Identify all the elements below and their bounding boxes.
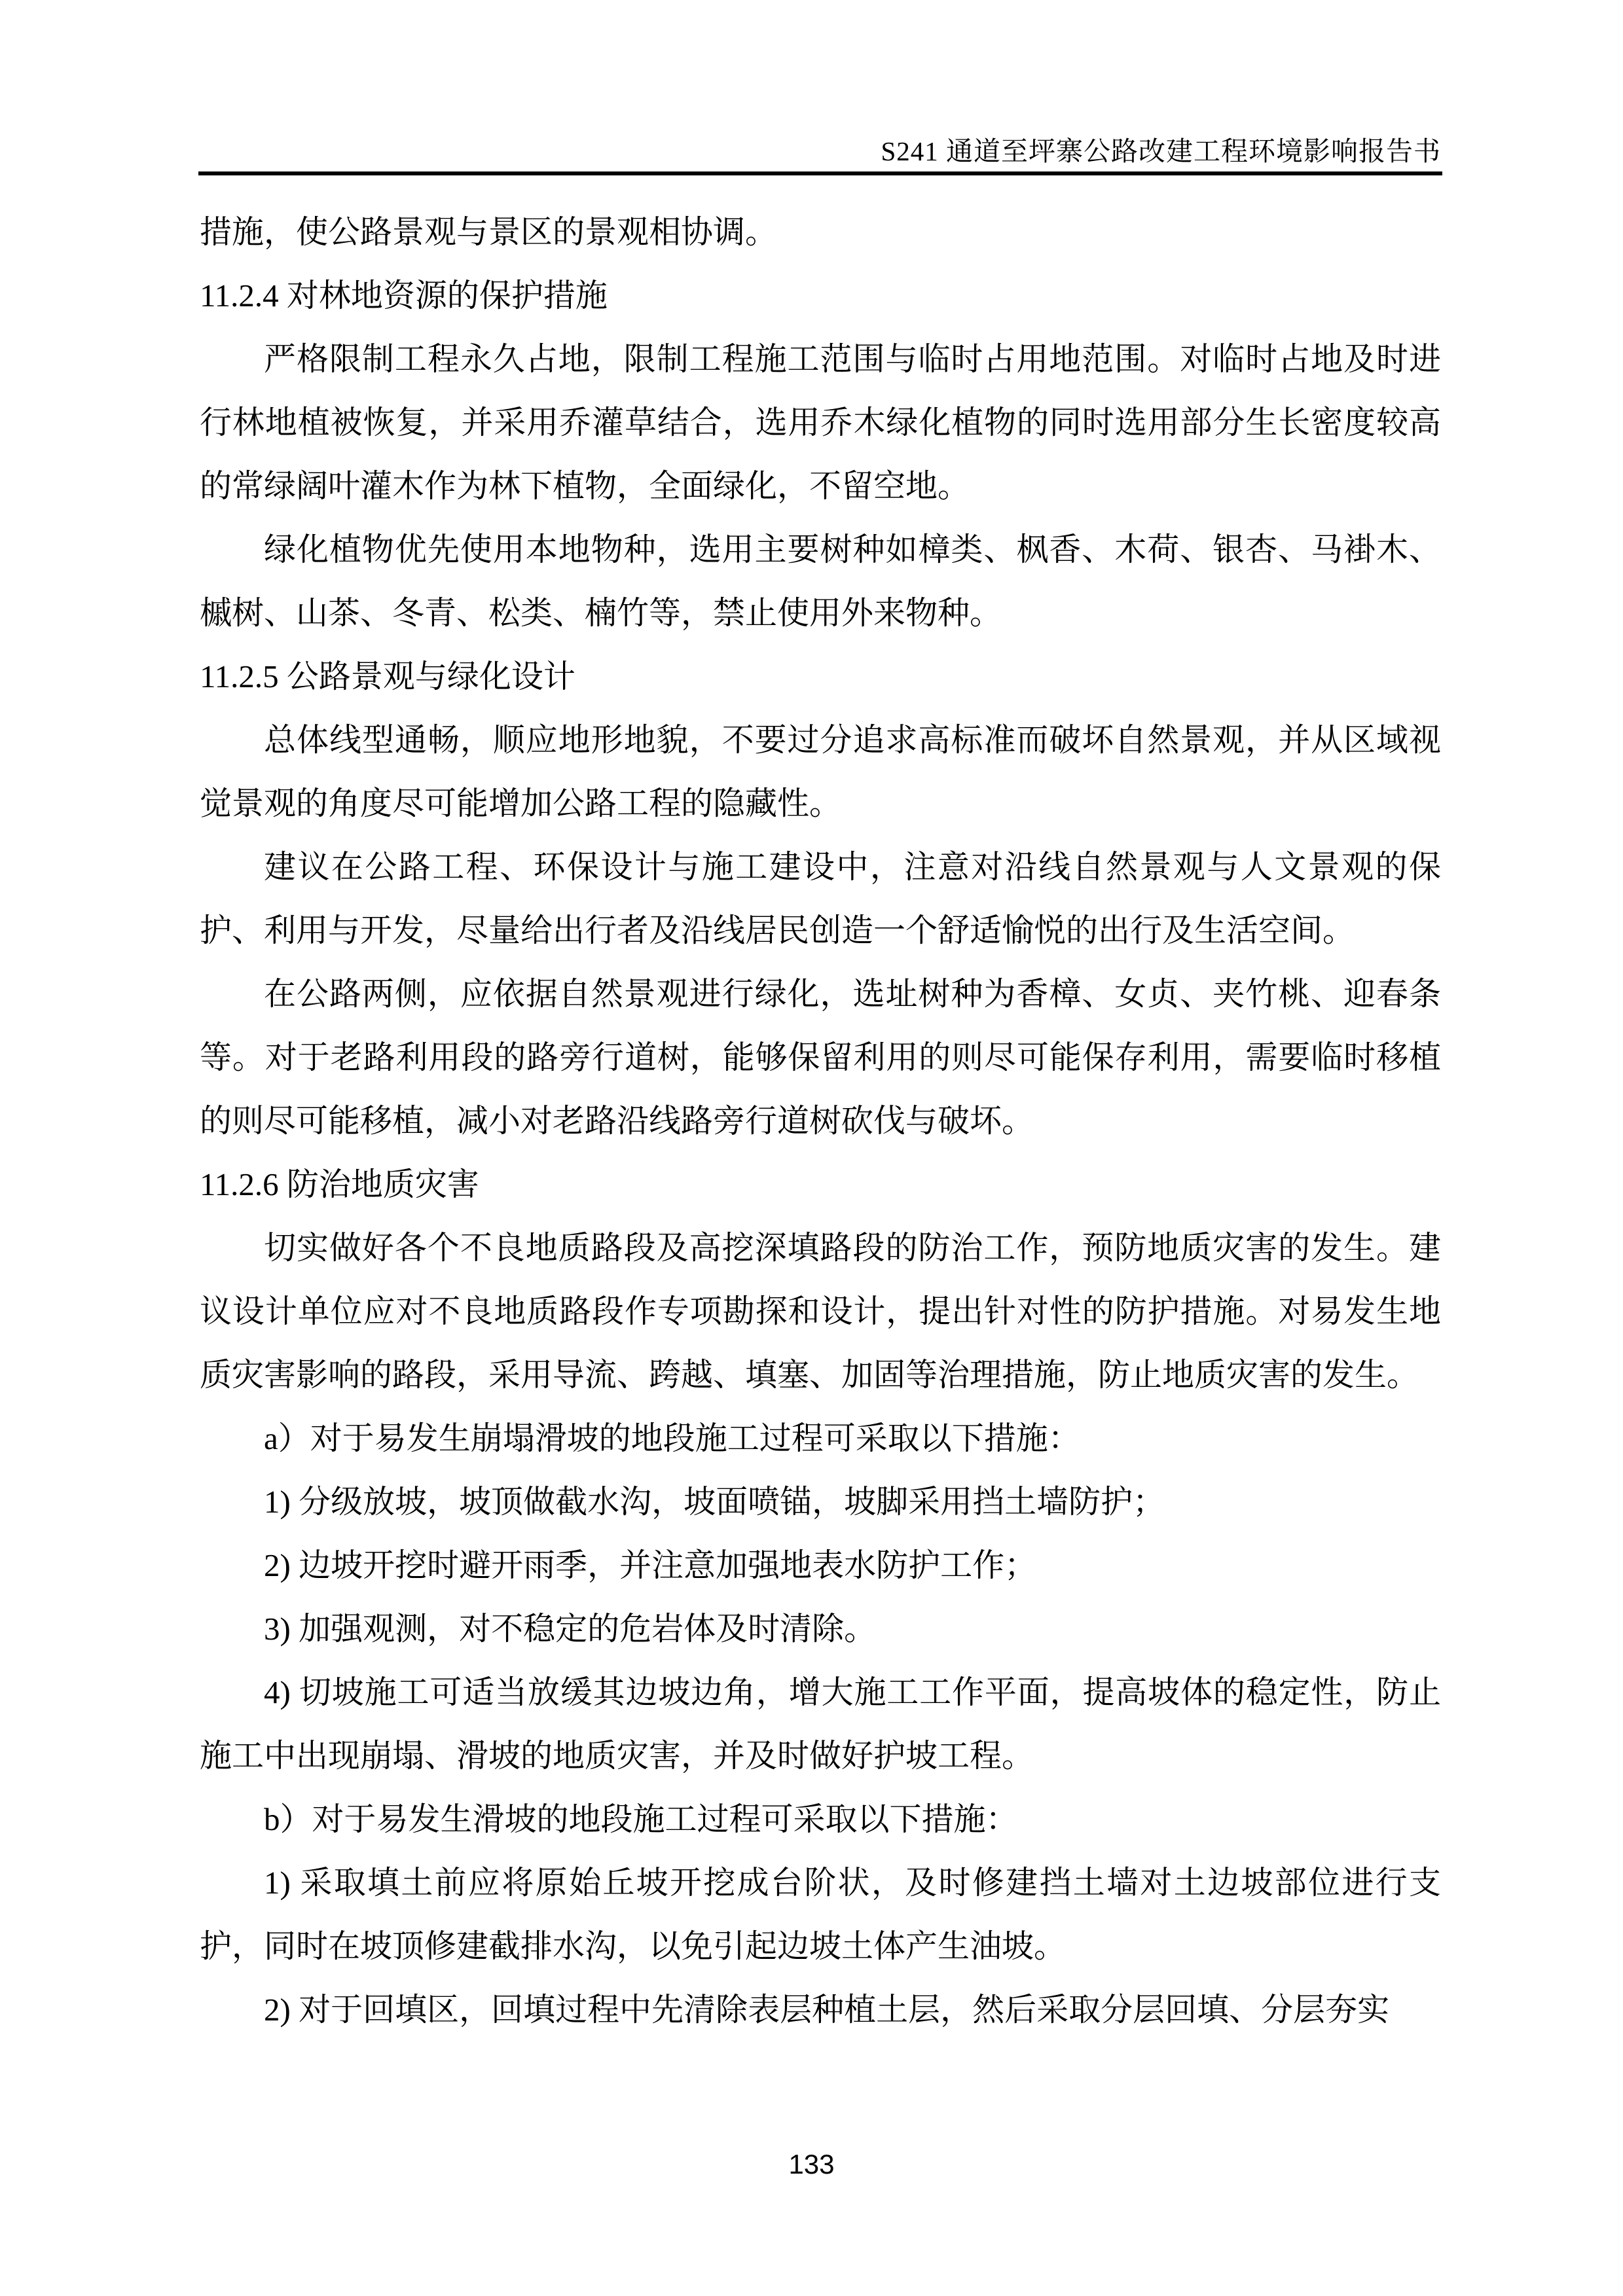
paragraph: 措施，使公路景观与景区的景观相协调。 <box>200 200 1441 264</box>
paragraph: 2) 对于回填区，回填过程中先清除表层种植土层，然后采取分层回填、分层夯实 <box>200 1978 1441 2041</box>
paragraph: 在公路两侧，应依据自然景观进行绿化，选址树种为香樟、女贞、夹竹桃、迎春条等。对于… <box>200 962 1441 1153</box>
header-rule <box>198 171 1442 175</box>
page-footer: 133 <box>0 2149 1623 2180</box>
document-page: S241 通道至坪寨公路改建工程环境影响报告书 措施，使公路景观与景区的景观相协… <box>0 0 1623 2296</box>
paragraph: 建议在公路工程、环保设计与施工建设中，注意对沿线自然景观与人文景观的保护、利用与… <box>200 835 1441 962</box>
paragraph: 绿化植物优先使用本地物种，选用主要树种如樟类、枫香、木荷、银杏、马褂木、槭树、山… <box>200 518 1441 645</box>
section-heading: 11.2.5 公路景观与绿化设计 <box>200 645 1441 708</box>
paragraph: 1) 分级放坡，坡顶做截水沟，坡面喷锚，坡脚采用挡土墙防护； <box>200 1470 1441 1534</box>
document-body: 措施，使公路景观与景区的景观相协调。11.2.4 对林地资源的保护措施严格限制工… <box>200 200 1441 2041</box>
header-title: S241 通道至坪寨公路改建工程环境影响报告书 <box>200 134 1441 168</box>
section-heading: 11.2.4 对林地资源的保护措施 <box>200 264 1441 327</box>
paragraph: 2) 边坡开挖时避开雨季，并注意加强地表水防护工作； <box>200 1534 1441 1597</box>
page-number: 133 <box>788 2149 834 2179</box>
paragraph: 4) 切坡施工可适当放缓其边坡边角，增大施工工作平面，提高坡体的稳定性，防止施工… <box>200 1660 1441 1787</box>
paragraph: 总体线型通畅，顺应地形地貌，不要过分追求高标准而破坏自然景观，并从区域视觉景观的… <box>200 708 1441 835</box>
paragraph: b）对于易发生滑坡的地段施工过程可采取以下措施： <box>200 1787 1441 1851</box>
paragraph: a）对于易发生崩塌滑坡的地段施工过程可采取以下措施： <box>200 1407 1441 1470</box>
paragraph: 切实做好各个不良地质路段及高挖深填路段的防治工作，预防地质灾害的发生。建议设计单… <box>200 1216 1441 1407</box>
paragraph: 3) 加强观测，对不稳定的危岩体及时清除。 <box>200 1597 1441 1660</box>
section-heading: 11.2.6 防治地质灾害 <box>200 1153 1441 1216</box>
paragraph: 1) 采取填土前应将原始丘坡开挖成台阶状，及时修建挡土墙对土边坡部位进行支护，同… <box>200 1851 1441 1978</box>
paragraph: 严格限制工程永久占地，限制工程施工范围与临时占用地范围。对临时占地及时进行林地植… <box>200 327 1441 518</box>
